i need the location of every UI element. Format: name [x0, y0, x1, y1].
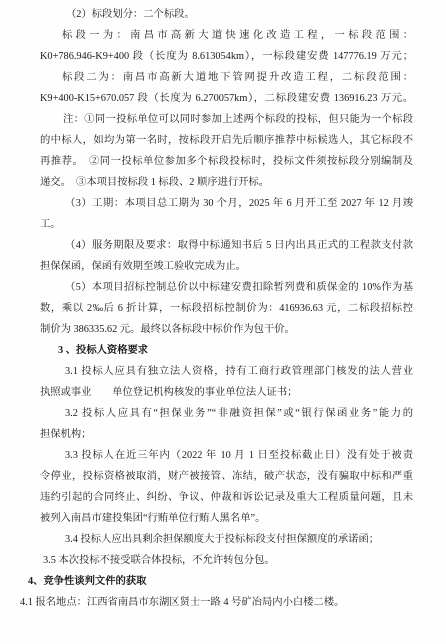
document-line: 标段二为：南昌市高新大道地下管网提升改造工程，二标段范围： — [0, 67, 413, 88]
document-line: 3.3 投标人在近三年内（2022 年 10 月 1 日至投标截止日）没有处于被… — [0, 445, 413, 466]
document-line: 被列入南昌市建投集团“行贿单位行贿人黑名单”。 — [0, 508, 413, 529]
document-line: K9+400-K15+670.057 段（长度为 6.270057km），二标段… — [0, 88, 413, 109]
document-line: 3.4 投标人应出具剩余担保额度大于投标标段支付担保额度的承诺函； — [0, 529, 413, 550]
document-line: 令停业，投标资格被取消，财产被接管、冻结，破产状态，没有骗取中标和严重 — [0, 466, 413, 487]
document-line: 注：①同一投标单位可以同时参加上述两个标段的投标，但只能为一个标段 — [0, 109, 413, 130]
document-page: （2）标段划分：二个标段。标段一为：南昌市高新大道快速化改造工程，一标段范围：K… — [0, 0, 446, 644]
document-line: 数，乘以 2‰后 6 折计算，一标段招标控制价为：416936.63 元，二标段… — [0, 298, 413, 319]
document-line: 标段一为：南昌市高新大道快速化改造工程，一标段范围： — [0, 25, 413, 46]
document-line: 的中标人，如均为第一名时，按标段开启先后顺序推荐中标候选人，其它标段不 — [0, 130, 413, 151]
document-line: 4、竞争性谈判文件的获取 — [0, 571, 413, 592]
document-line: 3.5 本次投标不接受联合体投标，不允许转包分包。 — [0, 550, 413, 571]
document-line: 工。 — [0, 214, 413, 235]
document-line: 递交。 ③本项目按标段 1 标段、2 顺序进行开标。 — [0, 172, 413, 193]
document-line: （2）标段划分：二个标段。 — [0, 4, 413, 25]
document-line: （3）工期：本项目总工期为 30 个月，2025 年 6 月开工至 2027 年… — [0, 193, 413, 214]
document-line: 3 、投标人资格要求 — [0, 340, 413, 361]
document-line: 4.1 报名地点：江西省南昌市东湖区贤士一路 4 号矿冶局内小白楼二楼。 — [0, 592, 413, 613]
document-line: 违约引起的合同终止、纠纷、争议、仲裁和诉讼记录及重大工程质量问题，且未 — [0, 487, 413, 508]
document-line: （4）服务期限及要求：取得中标通知书后 5 日内出具正式的工程款支付款 — [0, 235, 413, 256]
document-line: 担保保函，保函有效期至竣工验收完成为止。 — [0, 256, 413, 277]
document-line: 担保机构； — [0, 424, 413, 445]
document-line: 再推荐。 ②同一投标单位参加多个标段投标时，投标文件须按标段分别编制及 — [0, 151, 413, 172]
document-line: 执照或事业 单位登记机构核发的事业单位法人证书； — [0, 382, 413, 403]
document-line: 制价为 386335.62 元。最终以各标段中标价作为包干价。 — [0, 319, 413, 340]
document-line: K0+786.946-K9+400 段（长度为 8.613054km），一标段建… — [0, 46, 413, 67]
document-line: （5）本项目招标控制总价以中标建安费扣除暂列费和质保金的 10%作为基 — [0, 277, 413, 298]
document-line: 3.1 投标人应具有独立法人资格，持有工商行政管理部门核发的法人营业 — [0, 361, 413, 382]
document-line: 3.2 投标人应具有“担保业务”“非融资担保”或“银行保函业务”能力的 — [0, 403, 413, 424]
